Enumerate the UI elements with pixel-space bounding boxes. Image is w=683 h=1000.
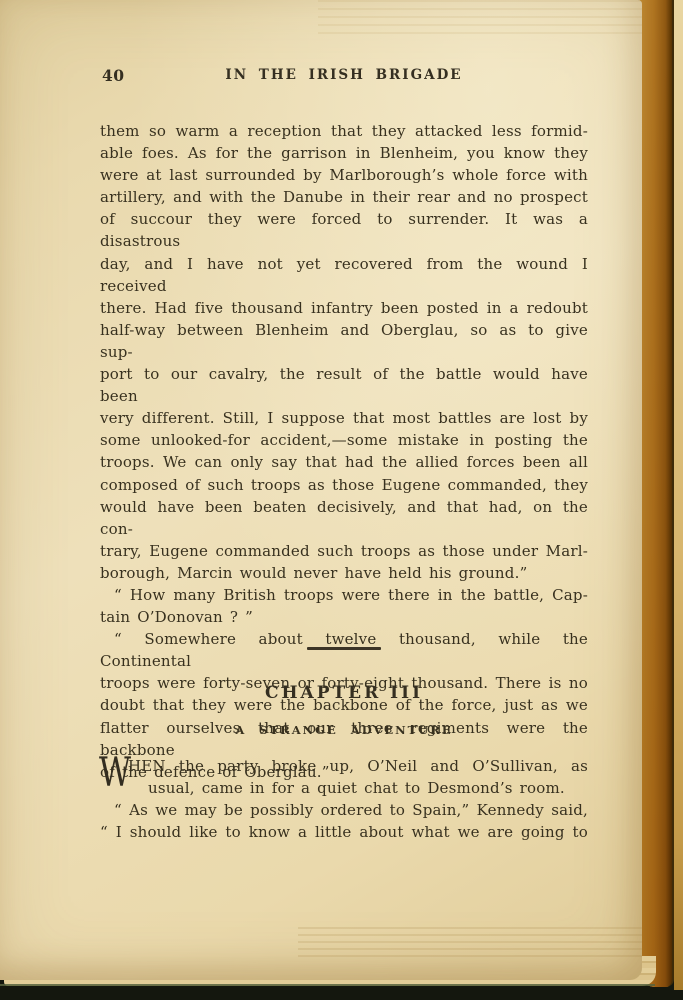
book-page: 40 IN THE IRISH BRIGADE them so warm a r… <box>0 0 642 980</box>
paragraph-chapter-opening: W HEN the party broke up, O’Neil and O’S… <box>100 755 588 799</box>
page-stack-right-edge <box>639 0 674 987</box>
text-line: day, and I have not yet recovered from t… <box>100 253 588 297</box>
text-line: trary, Eugene commanded such troops as t… <box>100 540 588 562</box>
running-header: IN THE IRISH BRIGADE <box>100 64 588 83</box>
text-line: usual, came in for a quiet chat to Desmo… <box>100 777 588 799</box>
text-line: tain O’Donovan ? ” <box>100 606 588 628</box>
text-line: would have been beaten decisively, and t… <box>100 496 588 540</box>
book-scan: 40 IN THE IRISH BRIGADE them so warm a r… <box>0 0 683 1000</box>
page-number: 40 <box>102 66 125 85</box>
text-line: some unlooked-for accident,—some mistake… <box>100 429 588 451</box>
text-line: port to our cavalry, the result of the b… <box>100 363 588 407</box>
text-line: troops. We can only say that had the all… <box>100 451 588 473</box>
text-line: HEN the party broke up, O’Neil and O’Sul… <box>100 755 588 777</box>
text-line: “ How many British troops were there in … <box>100 584 588 606</box>
text-line: “ Somewhere about twelve thousand, while… <box>100 628 588 672</box>
chapter-subtitle: A STRANGE ADVENTURE <box>100 723 588 737</box>
binding-hairline <box>0 984 655 986</box>
paragraph-dialogue-1: “ How many British troops were there in … <box>100 584 588 628</box>
section-divider <box>307 647 381 650</box>
chapter-opening-block: W HEN the party broke up, O’Neil and O’S… <box>100 755 588 843</box>
text-line: were at last surrounded by Marlborough’s… <box>100 164 588 186</box>
text-line: half-way between Blenheim and Oberglau, … <box>100 319 588 363</box>
drop-cap: W <box>99 756 131 790</box>
page-stack-outer-edge <box>674 0 683 990</box>
paragraph-intro: them so warm a reception that they attac… <box>100 120 588 584</box>
text-line: “ I should like to know a little about w… <box>100 821 588 843</box>
text-line: them so warm a reception that they attac… <box>100 120 588 142</box>
top-page-edge-lines <box>318 0 642 36</box>
text-line: there. Had five thousand infantry been p… <box>100 297 588 319</box>
text-line: very different. Still, I suppose that mo… <box>100 407 588 429</box>
paragraph-chapter-dialogue: “ As we may be possibly ordered to Spain… <box>100 799 588 843</box>
bottom-page-curl-lines <box>298 922 642 962</box>
text-line: “ As we may be possibly ordered to Spain… <box>100 799 588 821</box>
chapter-heading: CHAPTER III <box>100 683 588 703</box>
page-header: 40 IN THE IRISH BRIGADE <box>100 64 588 86</box>
text-line: composed of such troops as those Eugene … <box>100 474 588 496</box>
text-line: able foes. As for the garrison in Blenhe… <box>100 142 588 164</box>
text-line: artillery, and with the Danube in their … <box>100 186 588 208</box>
text-line: of succour they were forced to surrender… <box>100 208 588 252</box>
text-line: borough, Marcin would never have held hi… <box>100 562 588 584</box>
